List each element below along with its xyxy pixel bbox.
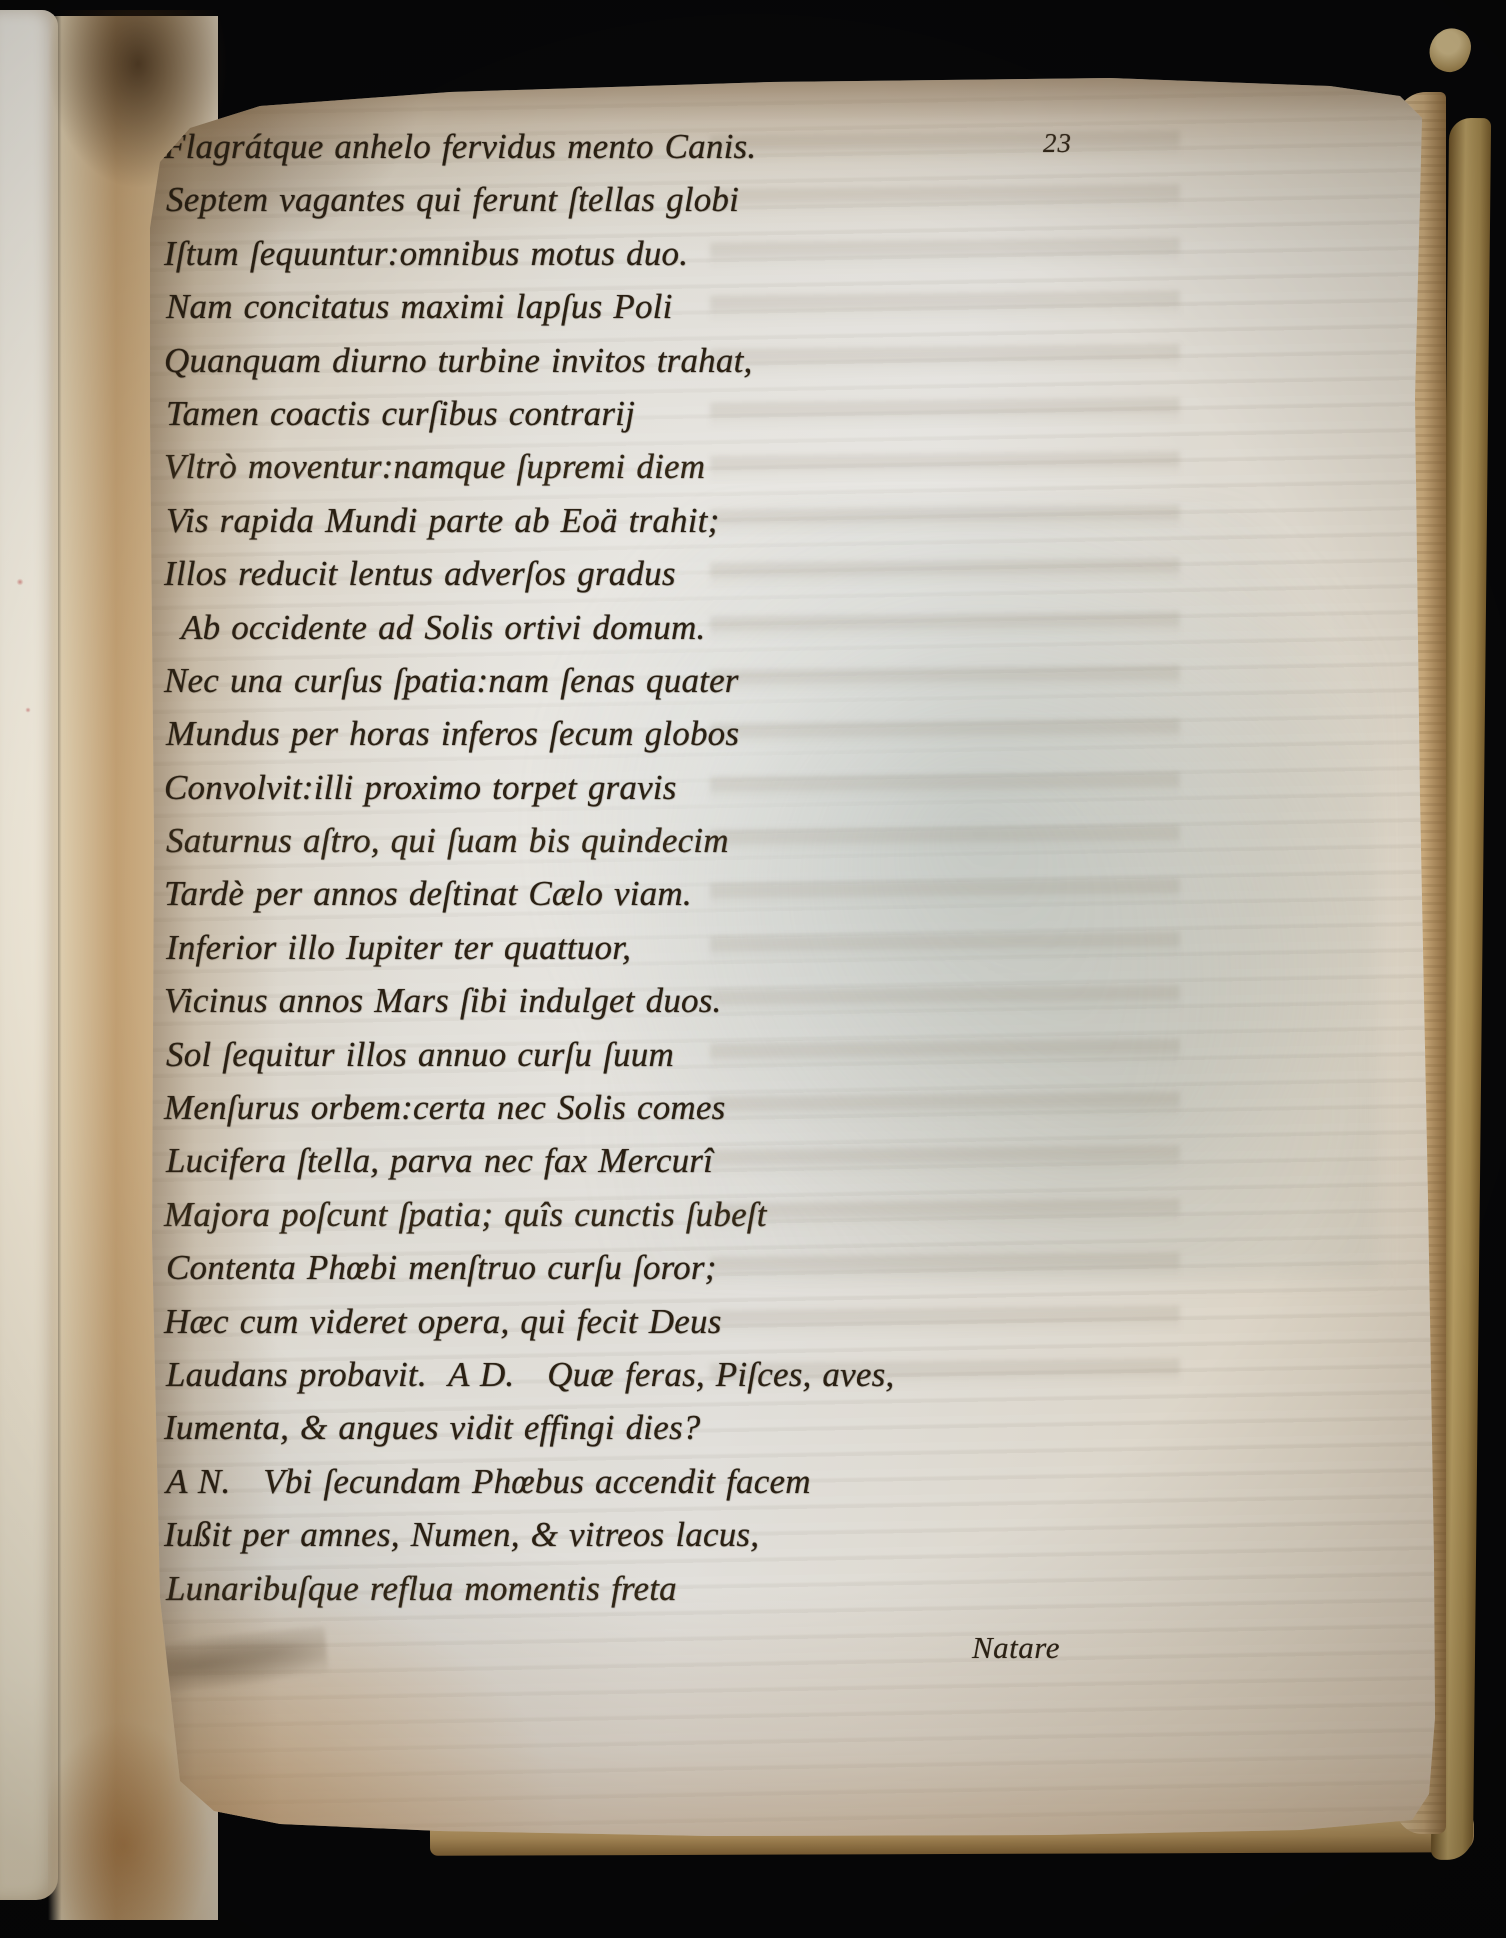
poem-text: Flagrátque anhelo fervidus mento Canis.S… <box>164 120 1264 1615</box>
poem-line: Menſurus orbem:certa nec Solis comes <box>164 1081 1264 1134</box>
poem-line: Nam concitatus maximi lapſus Poli <box>166 280 1266 333</box>
poem-line: Sol ſequitur illos annuo curſu ſuum <box>166 1028 1266 1081</box>
poem-line: Septem vagantes qui ferunt ſtellas globi <box>166 173 1266 226</box>
poem-line: Nec una curſus ſpatia:nam ſenas quater <box>164 654 1264 707</box>
poem-line: Saturnus aſtro, qui ſuam bis quindecim <box>166 814 1266 867</box>
poem-line: Majora poſcunt ſpatia; quîs cunctis ſube… <box>164 1188 1264 1241</box>
poem-line: Vltrò moventur:namque ſupremi diem <box>164 440 1264 493</box>
poem-line: Lucifera ſtella, parva nec fax Mercurî <box>166 1134 1266 1187</box>
poem-line: Hæc cum videret opera, qui fecit Deus <box>164 1295 1264 1348</box>
poem-line: Iußit per amnes, Numen, & vitreos lacus, <box>164 1508 1264 1561</box>
paper-specks <box>8 560 48 740</box>
poem-line: Contenta Phœbi menſtruo curſu ſoror; <box>166 1241 1266 1294</box>
poem-line: Ab occidente ad Solis ortivi domum. <box>166 601 1266 654</box>
book-page: 23 Flagrátque anhelo fervidus mento Cani… <box>150 78 1435 1838</box>
poem-line: Quanquam diurno turbine invitos trahat, <box>164 334 1264 387</box>
poem-line: Iumenta, & angues vidit effingi dies? <box>164 1401 1264 1454</box>
cover-tie-remnant <box>1424 23 1476 77</box>
poem-line: Tamen coactis curſibus contrarij <box>166 387 1266 440</box>
catchword: Natare <box>972 1630 1060 1666</box>
poem-line: Lunaribuſque reflua momentis freta <box>166 1562 1266 1615</box>
poem-line: Tardè per annos deſtinat Cælo viam. <box>164 867 1264 920</box>
poem-line: Mundus per horas inferos ſecum globos <box>166 707 1266 760</box>
poem-line: Vicinus annos Mars ſibi indulget duos. <box>164 974 1264 1027</box>
poem-line: Laudans probavit. A D. Quæ feras, Piſces… <box>166 1348 1266 1401</box>
poem-line: Vis rapida Mundi parte ab Eoä trahit; <box>166 494 1266 547</box>
poem-line: Inferior illo Iupiter ter quattuor, <box>166 921 1266 974</box>
poem-line: Flagrátque anhelo fervidus mento Canis. <box>164 120 1264 173</box>
poem-line: A N. Vbi ſecundam Phœbus accendit facem <box>166 1455 1266 1508</box>
book-photograph: 23 Flagrátque anhelo fervidus mento Cani… <box>0 0 1506 1938</box>
poem-line: Iſtum ſequuntur:omnibus motus duo. <box>164 227 1264 280</box>
poem-line: Illos reducit lentus adverſos gradus <box>164 547 1264 600</box>
poem-line: Convolvit:illi proximo torpet gravis <box>164 761 1264 814</box>
